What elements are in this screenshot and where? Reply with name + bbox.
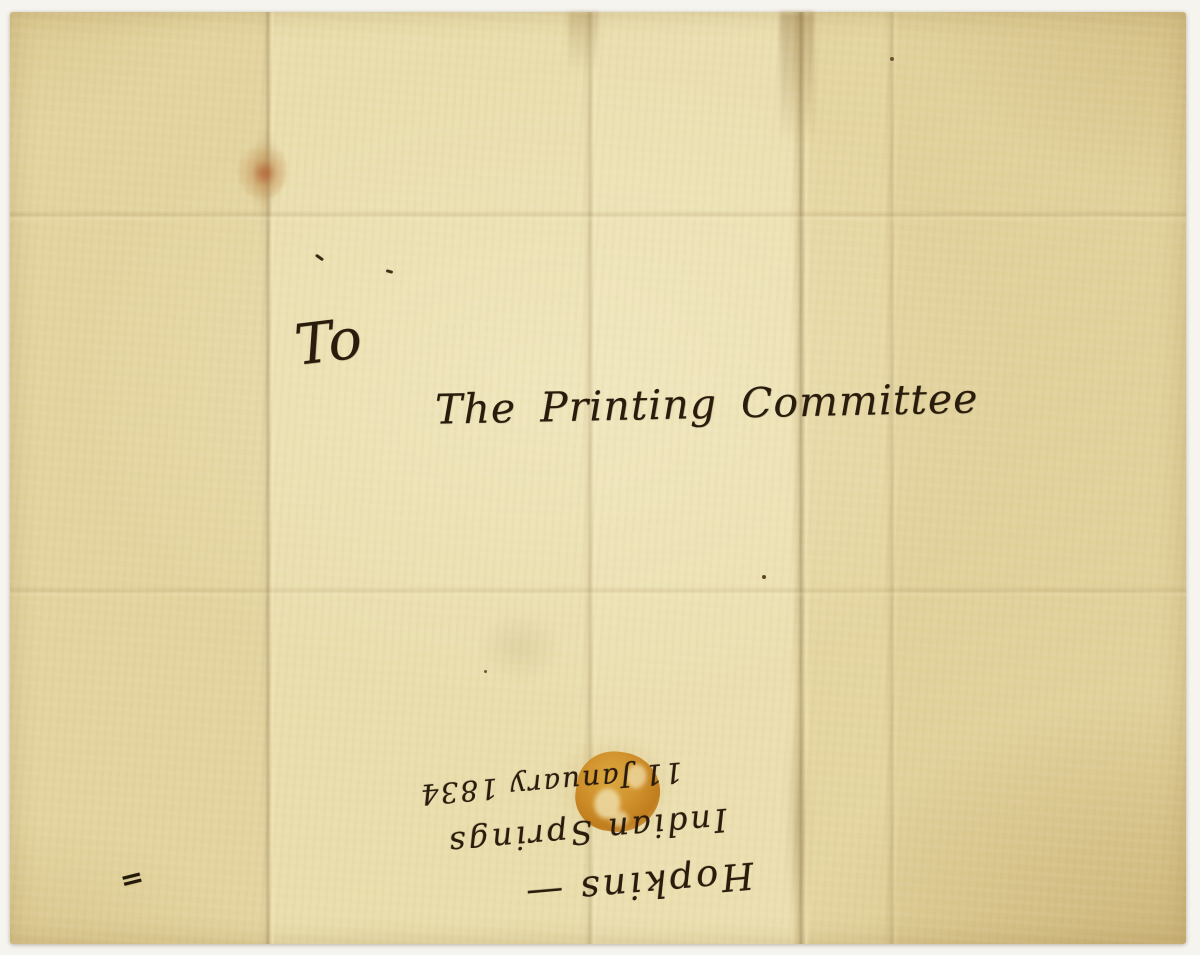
red-brown-stain <box>237 140 287 200</box>
docket-block-rotated: Hopkins — Indian Springs 11 January 1834 <box>304 741 757 943</box>
vertical-fold-line <box>885 12 899 944</box>
fold-smudge <box>568 12 598 72</box>
double-dash-ink-mark: = <box>116 860 147 898</box>
fold-smudge <box>250 127 280 222</box>
fold-smudge <box>780 12 814 142</box>
address-handwriting: The Printing Committee <box>435 374 979 433</box>
vertical-fold-line <box>260 12 276 944</box>
salutation-handwriting: To <box>291 306 365 379</box>
ink-speck <box>484 670 487 673</box>
fold-smudge <box>785 702 811 942</box>
horizontal-fold-line <box>10 210 1186 222</box>
letter-paper: To The Printing Committee Hopkins — Indi… <box>10 12 1186 944</box>
ink-speck <box>762 575 766 579</box>
scanned-document: To The Printing Committee Hopkins — Indi… <box>0 0 1200 955</box>
ink-speck <box>386 269 394 274</box>
faint-smudge <box>480 612 560 682</box>
vertical-fold-line <box>792 12 810 944</box>
horizontal-fold-line <box>10 586 1186 598</box>
ink-speck <box>890 57 894 61</box>
ink-speck <box>315 254 324 262</box>
